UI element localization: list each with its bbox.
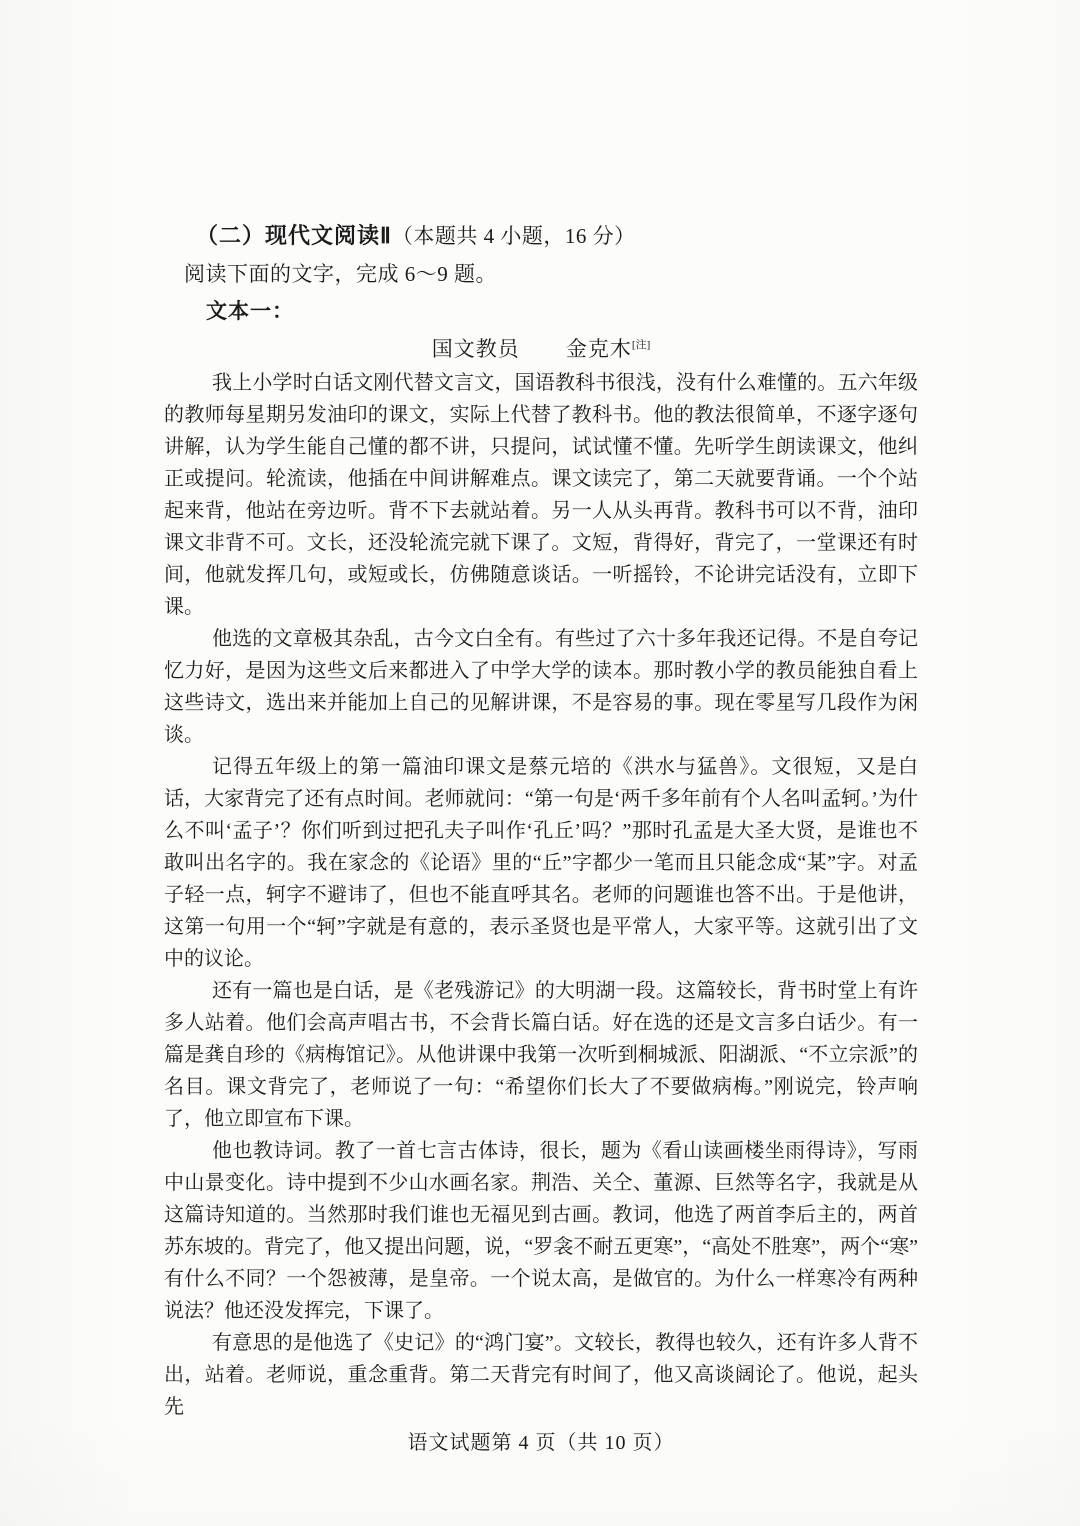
text-one-label: 文本一： [164, 298, 918, 326]
paragraph: 有意思的是他选了《史记》的“鸿门宴”。文较长，教得也较久，还有许多人背不出，站着… [164, 1327, 918, 1423]
passage-author: 金克木 [566, 337, 632, 361]
paragraph: 他也教诗词。教了一首七言古体诗，很长，题为《看山读画楼坐雨得诗》，写雨中山景变化… [164, 1135, 918, 1327]
passage-title-line: 国文教员金克木[注] [164, 335, 918, 363]
page-content: （二）现代文阅读Ⅱ（本题共 4 小题，16 分） 阅读下面的文字，完成 6～9 … [164, 222, 918, 1457]
passage-body: 我上小学时白话文刚代替文言文，国语教科书很浅，没有什么难懂的。五六年级的教师每星… [164, 367, 918, 1423]
section-header-title: （二）现代文阅读Ⅱ [196, 223, 392, 248]
author-note-mark: [注] [632, 339, 650, 351]
page-footer: 语文试题第 4 页（共 10 页） [164, 1429, 918, 1457]
paragraph: 他选的文章极其杂乱，古今文白全有。有些过了六十多年我还记得。不是自夸记忆力好，是… [164, 623, 918, 751]
paragraph: 我上小学时白话文刚代替文言文，国语教科书很浅，没有什么难懂的。五六年级的教师每星… [164, 367, 918, 623]
section-header: （二）现代文阅读Ⅱ（本题共 4 小题，16 分） [164, 222, 918, 250]
paragraph: 记得五年级上的第一篇油印课文是蔡元培的《洪水与猛兽》。文很短，又是白话，大家背完… [164, 751, 918, 975]
exam-paper-page: （二）现代文阅读Ⅱ（本题共 4 小题，16 分） 阅读下面的文字，完成 6～9 … [0, 0, 1080, 1526]
paragraph: 还有一篇也是白话，是《老残游记》的大明湖一段。这篇较长，背书时堂上有许多人站着。… [164, 975, 918, 1135]
reading-instruction: 阅读下面的文字，完成 6～9 题。 [164, 260, 918, 288]
section-header-points: （本题共 4 小题，16 分） [392, 224, 636, 248]
passage-title: 国文教员 [432, 337, 520, 361]
